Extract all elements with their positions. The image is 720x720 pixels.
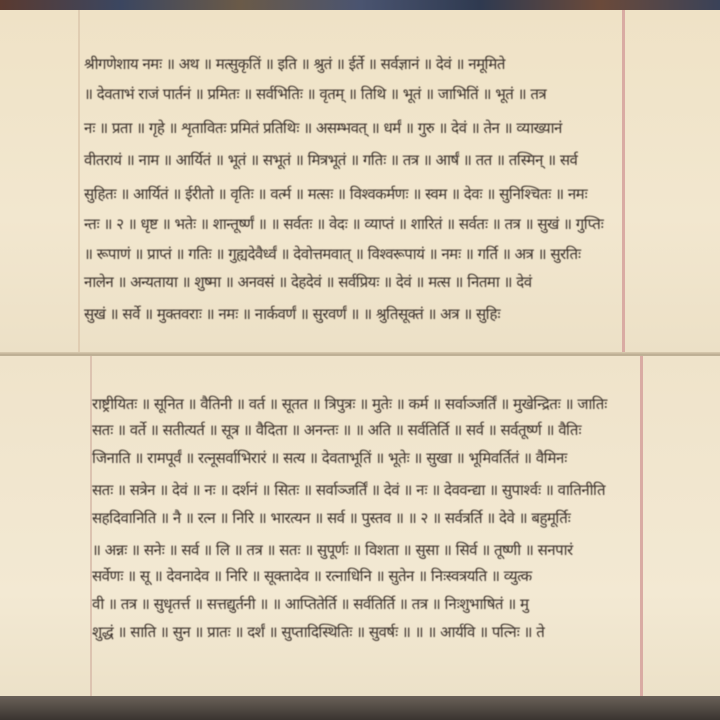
text-block-bottom: राष्ट्रीयितः ॥ सूनित ॥ वैतिनी ॥ वर्त ॥ स… bbox=[92, 394, 638, 684]
text-line: शुद्धं ॥ साति ॥ सुन ॥ प्रातः ॥ दर्शं ॥ स… bbox=[92, 622, 638, 642]
table-surface bbox=[0, 696, 720, 720]
text-line: नः ॥ प्रता ॥ गृहे ॥ शृतावितः प्रमितं प्र… bbox=[84, 118, 620, 138]
text-line: जिनाति ॥ रामपूर्वं ॥ रत्नूसर्वाभिरारं ॥ … bbox=[92, 448, 638, 468]
text-line: ॥ अन्नः ॥ सनेः ॥ सर्व ॥ लि ॥ तत्र ॥ सतः … bbox=[92, 540, 638, 560]
text-line: राष्ट्रीयितः ॥ सूनित ॥ वैतिनी ॥ वर्त ॥ स… bbox=[92, 394, 638, 414]
text-line: न्तः ॥ २ ॥ धृष्ट ॥ भतेः ॥ शान्तूर्ष्णं ॥… bbox=[84, 214, 620, 234]
text-line: सहदिवानिति ॥ नै ॥ रत्न ॥ निरि ॥ भारत्यन … bbox=[92, 508, 638, 528]
text-line: सर्वेणः ॥ सू ॥ देवनादेव ॥ निरि ॥ सूक्ताद… bbox=[92, 566, 638, 586]
text-line: सुहितः ॥ आर्यितं ॥ ईरीतो ॥ वृतिः ॥ वर्त्… bbox=[84, 184, 620, 204]
text-line: सतः ॥ सत्रेन ॥ देवं ॥ नः ॥ दर्शनं ॥ सितः… bbox=[92, 480, 638, 500]
text-line: वी ॥ तत्र ॥ सुधृतर्त्त ॥ सत्तद्युर्तनी ॥… bbox=[92, 594, 638, 614]
left-margin-rule bbox=[78, 10, 80, 356]
manuscript-page-top: श्रीगणेशाय नमः ॥ अथ ॥ मत्सुकृतिं ॥ इति ॥… bbox=[0, 10, 720, 356]
text-block-top: श्रीगणेशाय नमः ॥ अथ ॥ मत्सुकृतिं ॥ इति ॥… bbox=[84, 54, 620, 354]
text-line: श्रीगणेशाय नमः ॥ अथ ॥ मत्सुकृतिं ॥ इति ॥… bbox=[84, 54, 620, 74]
text-line: ॥ रूपाणं ॥ प्राप्तं ॥ गतिः ॥ गुह्यदेवैर्… bbox=[84, 244, 620, 264]
manuscript-page-bottom: राष्ट्रीयितः ॥ सूनित ॥ वैतिनी ॥ वर्त ॥ स… bbox=[0, 356, 720, 696]
text-line: नालेन ॥ अन्यताया ॥ शुष्मा ॥ अनवसं ॥ देहद… bbox=[84, 272, 620, 292]
right-margin-rule bbox=[640, 356, 643, 696]
text-line: वीतरायं ॥ नाम ॥ आर्यितं ॥ भूतं ॥ सभूतं ॥… bbox=[84, 150, 620, 170]
text-line: सुखं ॥ सर्वे ॥ मुक्तवराः ॥ नमः ॥ नार्कवर… bbox=[84, 304, 620, 324]
text-line: ॥ देवताभं राजं पार्तनं ॥ प्रमितः ॥ सर्वभ… bbox=[84, 84, 620, 104]
text-line: सतः ॥ वर्ते ॥ सतीत्यर्त ॥ सूत्र ॥ वैदिता… bbox=[92, 420, 638, 440]
right-margin-rule bbox=[622, 10, 625, 356]
